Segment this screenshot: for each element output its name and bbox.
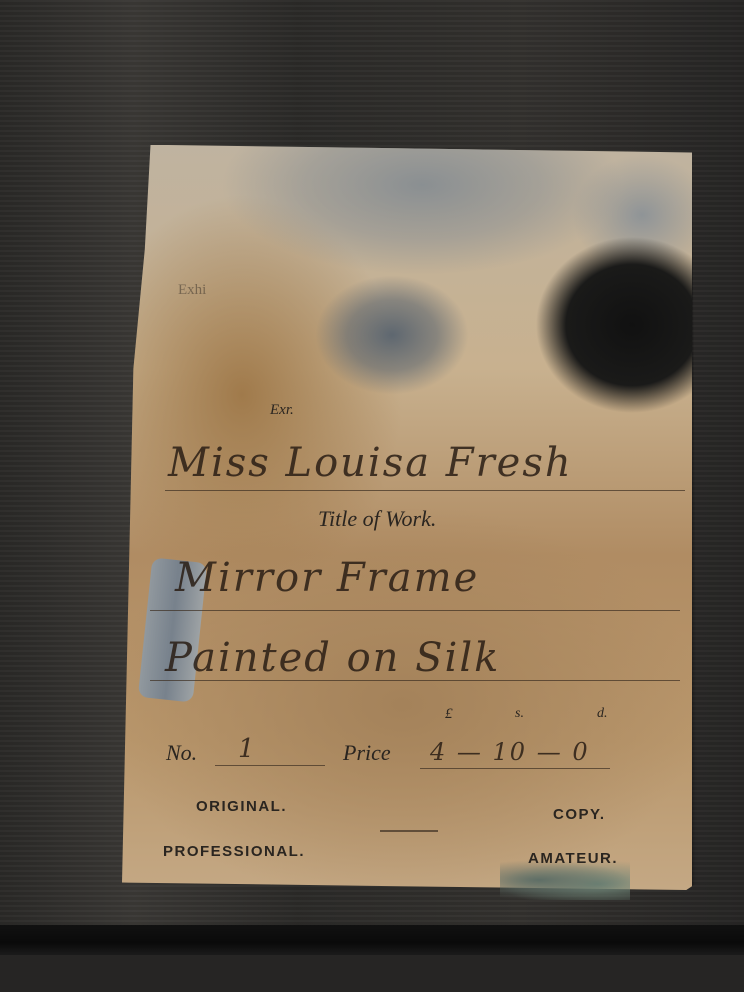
number-rule <box>215 765 325 766</box>
title-rule-2 <box>150 680 680 681</box>
currency-pence: d. <box>597 706 608 722</box>
exhibitor-name: Miss Louisa Fresh <box>168 440 573 486</box>
number-value: 1 <box>238 734 257 764</box>
category-amateur: AMATEUR. <box>528 850 618 867</box>
currency-shillings: s. <box>515 706 524 722</box>
currency-pounds: £ <box>445 706 453 723</box>
exhibitor-prefix: Exr. <box>270 402 294 419</box>
title-rule-1 <box>150 610 680 611</box>
board-gap <box>0 925 744 955</box>
price-value: 4 — 10 — 0 <box>430 738 590 766</box>
lower-board <box>0 955 744 992</box>
exhibitor-rule <box>165 490 685 491</box>
price-rule <box>420 768 610 769</box>
number-label: No. <box>166 740 197 766</box>
category-professional: PROFESSIONAL. <box>163 843 305 860</box>
category-original: ORIGINAL. <box>196 798 287 815</box>
title-line-2: Painted on Silk <box>165 635 500 681</box>
faded-header: Exhi <box>178 282 206 299</box>
title-line-1: Mirror Frame <box>175 555 479 601</box>
category-copy: COPY. <box>553 806 606 823</box>
title-heading: Title of Work. <box>318 506 436 532</box>
price-label: Price <box>343 740 391 766</box>
category-divider <box>380 830 438 832</box>
